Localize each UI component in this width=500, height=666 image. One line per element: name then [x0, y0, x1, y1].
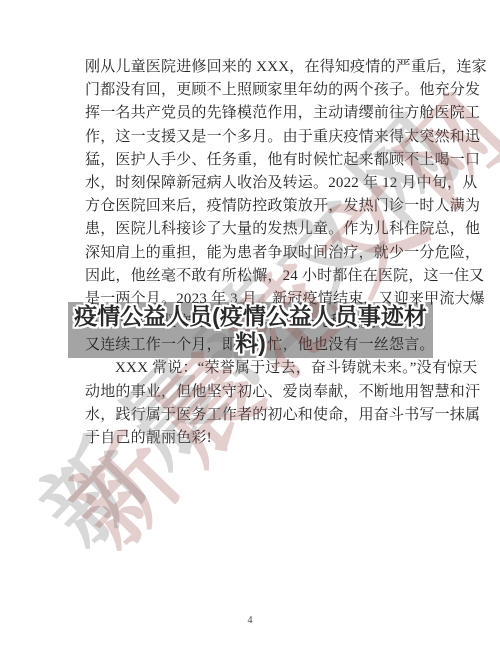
text-line: 猛，医护人手少、任务重，他有时候忙起来都顾不上喝一口	[85, 149, 437, 172]
text-line: 动地的事业，但他坚守初心、爱岗奉献，不断地用智慧和汗	[85, 381, 437, 404]
text-line: 水，践行属于医务工作者的初心和使命，用奋斗书写一抹属	[85, 404, 437, 427]
text-line: 因此，他丝毫不敢有所松懈，24 小时都住在医院，这一住又	[85, 265, 437, 288]
overlay-title-line-1: 疫情公益人员(疫情公益人员事迹材	[68, 303, 433, 330]
text-line: 方仓医院回来后，疫情防控政策放开，发热门诊一时人满为	[85, 195, 437, 218]
overlay-title: 疫情公益人员(疫情公益人员事迹材 料)	[68, 303, 433, 357]
text-line: 深知肩上的重担，能为患者争取时间治疗，就少一分危险，	[85, 242, 437, 265]
text-line: 刚从儿童医院进修回来的 XXX，在得知疫情的严重后，连家	[85, 56, 437, 79]
body-text: 刚从儿童医院进修回来的 XXX，在得知疫情的严重后，连家 门都没有回，更顾不上照…	[85, 56, 437, 450]
text-line: 作，这一支援又是一个多月。由于重庆疫情来得太突然和迅	[85, 126, 437, 149]
text-line: 患，医院儿科接诊了大量的发热儿童。作为儿科住院总，他	[85, 218, 437, 241]
text-line: 门都没有回，更顾不上照顾家里年幼的两个孩子。他充分发	[85, 79, 437, 102]
page-number: 4	[0, 615, 500, 626]
overlay-title-line-2: 料)	[68, 330, 433, 357]
text-line: 水，时刻保障新冠病人收治及转运。2022 年 12 月中旬，从	[85, 172, 437, 195]
document-page: 刚从儿童医院进修回来的 XXX，在得知疫情的严重后，连家 门都没有回，更顾不上照…	[0, 0, 500, 666]
text-line: XXX 常说：“荣誉属于过去，奋斗铸就未来。”没有惊天	[85, 357, 437, 380]
text-line: 挥一名共产党员的先锋模范作用，主动请缨前往方舱医院工	[85, 102, 437, 125]
text-line: 于自己的靓丽色彩!	[85, 427, 437, 450]
